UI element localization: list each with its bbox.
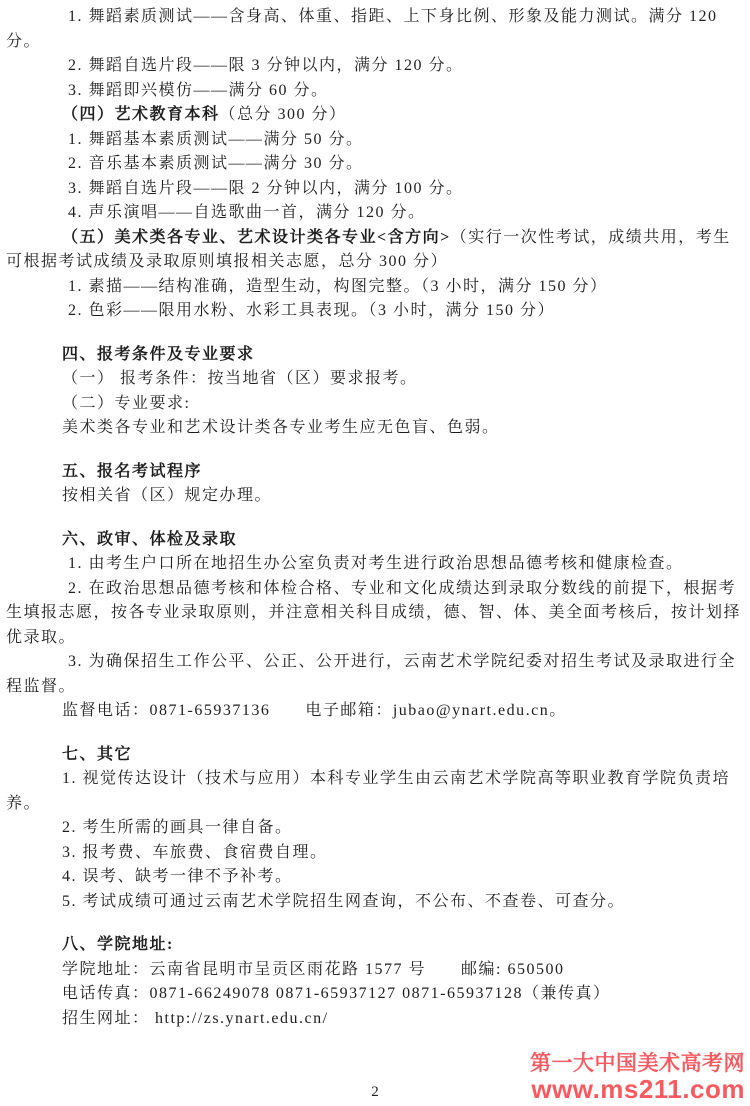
sec7-line-2: 2. 考生所需的画具一律自备。 <box>6 816 744 841</box>
watermark: 第一大中国美术高考网 www.ms211.com <box>530 1052 745 1104</box>
subsection-heading-4-note: （总分 300 分） <box>220 106 347 123</box>
document-body: 1. 舞蹈素质测试——含身高、体重、指距、上下身比例、形象及能力测试。满分 12… <box>6 5 744 1031</box>
subsection-heading-5-title: （五）美术类各专业、艺术设计类各专业<含方向> <box>62 229 451 246</box>
sec7-line-4: 4. 误考、缺考一律不予补考。 <box>6 865 744 890</box>
list-item-edu-1: 1. 舞蹈基本素质测试——满分 50 分。 <box>6 128 744 153</box>
section-heading-5: 五、报名考试程序 <box>6 460 744 485</box>
sec5-line-1: 按相关省（区）规定办理。 <box>6 484 744 509</box>
list-item-dance-3: 3. 舞蹈即兴模仿——满分 60 分。 <box>6 79 744 104</box>
sec4-line-3: 美术类各专业和艺术设计类各专业考生应无色盲、色弱。 <box>6 416 744 441</box>
section-heading-7: 七、其它 <box>6 743 744 768</box>
sec8-address-line: 学院地址：云南省昆明市呈贡区雨花路 1577 号 邮编: 650500 <box>6 958 744 983</box>
section-heading-6: 六、政审、体检及录取 <box>6 528 744 553</box>
sec6-contact-line: 监督电话：0871-65937136 电子邮箱：jubao@ynart.edu.… <box>6 699 744 724</box>
sec8-phone-fax-line: 电话传真：0871-66249078 0871-65937127 0871-65… <box>6 982 744 1007</box>
sec7-line-3: 3. 报考费、车旅费、食宿费自理。 <box>6 841 744 866</box>
list-item-edu-3: 3. 舞蹈自选片段——限 2 分钟以内，满分 100 分。 <box>6 177 744 202</box>
document-page: 1. 舞蹈素质测试——含身高、体重、指距、上下身比例、形象及能力测试。满分 12… <box>0 0 750 1106</box>
subsection-heading-4-title: （四）艺术教育本科 <box>62 106 220 123</box>
subsection-heading-4: （四）艺术教育本科（总分 300 分） <box>6 103 744 128</box>
sec8-website-line: 招生网址： http://zs.ynart.edu.cn/ <box>6 1007 744 1032</box>
list-item-art-2: 2. 色彩——限用水粉、水彩工具表现。（3 小时，满分 150 分） <box>6 299 744 324</box>
sec6-line-1: 1. 由考生户口所在地招生办公室负责对考生进行政治思想品德考核和健康检查。 <box>6 552 744 577</box>
subsection-heading-5: （五）美术类各专业、艺术设计类各专业<含方向>（实行一次性考试，成绩共用，考生可… <box>6 226 744 275</box>
sec6-line-3: 3. 为确保招生工作公平、公正、公开进行，云南艺术学院纪委对招生考试及录取进行全… <box>6 650 744 699</box>
sec7-line-5: 5. 考试成绩可通过云南艺术学院招生网查询，不公布、不查卷、可查分。 <box>6 890 744 915</box>
list-item-art-1: 1. 素描——结构准确，造型生动，构图完整。（3 小时，满分 150 分） <box>6 275 744 300</box>
list-item-edu-4: 4. 声乐演唱——自选歌曲一首，满分 120 分。 <box>6 201 744 226</box>
list-item-dance-2: 2. 舞蹈自选片段——限 3 分钟以内，满分 120 分。 <box>6 54 744 79</box>
sec4-line-2: （二）专业要求: <box>6 392 744 417</box>
sec6-line-2: 2. 在政治思想品德考核和体检合格、专业和文化成绩达到录取分数线的前提下，根据考… <box>6 577 744 651</box>
list-item-edu-2: 2. 音乐基本素质测试——满分 30 分。 <box>6 152 744 177</box>
sec4-line-1: （一） 报考条件：按当地省（区）要求报考。 <box>6 367 744 392</box>
section-heading-4: 四、报考条件及专业要求 <box>6 343 744 368</box>
watermark-site-url: www.ms211.com <box>530 1075 745 1104</box>
list-item-dance-1: 1. 舞蹈素质测试——含身高、体重、指距、上下身比例、形象及能力测试。满分 12… <box>6 5 744 54</box>
watermark-site-name: 第一大中国美术高考网 <box>530 1052 745 1075</box>
sec7-line-1: 1. 视觉传达设计（技术与应用）本科专业学生由云南艺术学院高等职业教育学院负责培… <box>6 767 744 816</box>
section-heading-8: 八、学院地址: <box>6 933 744 958</box>
